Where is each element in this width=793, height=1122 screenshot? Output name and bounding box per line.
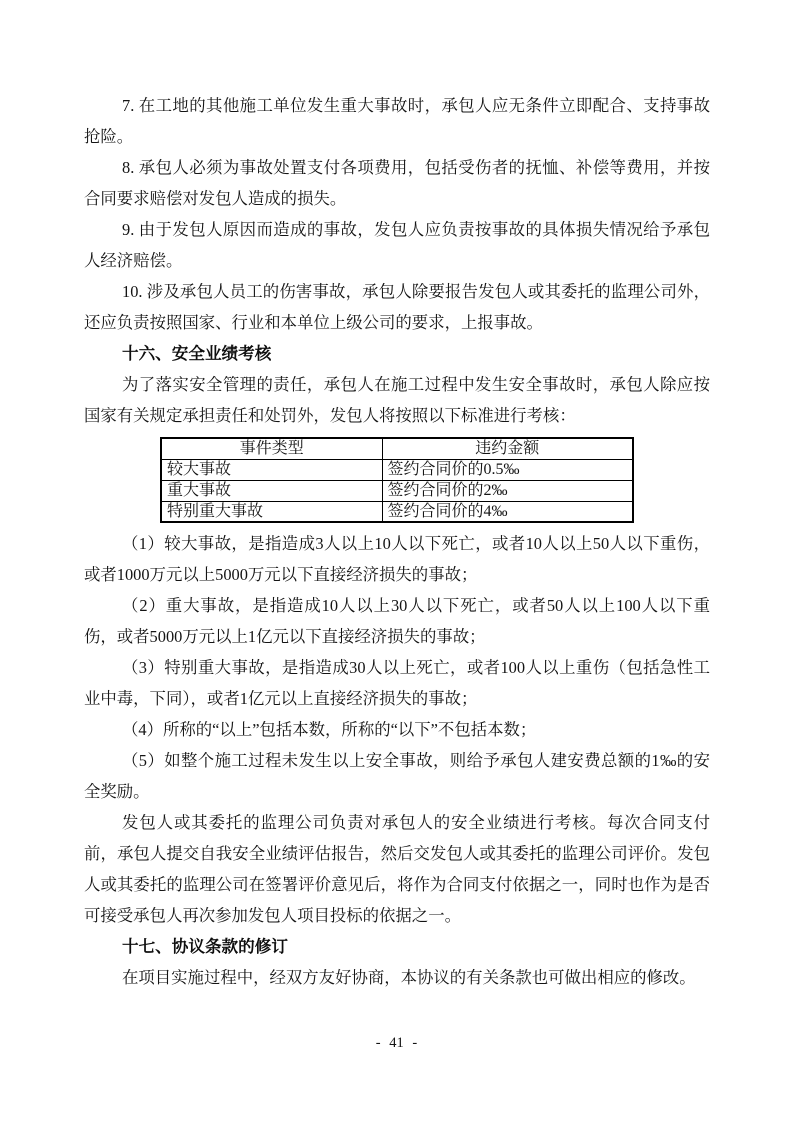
page-number: - 41 - <box>0 1033 793 1053</box>
assessment-paragraph: 发包人或其委托的监理公司负责对承包人的安全业绩进行考核。每次合同支付前，承包人提… <box>84 807 710 931</box>
table-header-penalty-amount: 违约金额 <box>382 438 633 459</box>
table-row: 特别重大事故 签约合同价的4‰ <box>161 501 633 522</box>
definition-item-4-paragraph: （4）所称的“以上”包括本数，所称的“以下”不包括本数； <box>84 714 710 745</box>
section-16-heading: 十六、安全业绩考核 <box>84 338 710 369</box>
table-cell-penalty-amount: 签约合同价的2‰ <box>382 480 633 501</box>
definition-item-5-paragraph: （5）如整个施工过程未发生以上安全事故，则给予承包人建安费总额的1‰的安全奖励。 <box>84 745 710 807</box>
table-row: 较大事故 签约合同价的0.5‰ <box>161 459 633 480</box>
table-cell-event-type: 重大事故 <box>161 480 382 501</box>
penalty-table: 事件类型 违约金额 较大事故 签约合同价的0.5‰ 重大事故 签约合同价的2‰ … <box>160 437 634 523</box>
document-page: 7. 在工地的其他施工单位发生重大事故时，承包人应无条件立即配合、支持事故抢险。… <box>0 0 793 1122</box>
clause-10-paragraph: 10. 涉及承包人员工的伤害事故，承包人除要报告发包人或其委托的监理公司外，还应… <box>84 276 710 338</box>
table-cell-event-type: 较大事故 <box>161 459 382 480</box>
table-cell-event-type: 特别重大事故 <box>161 501 382 522</box>
table-cell-penalty-amount: 签约合同价的0.5‰ <box>382 459 633 480</box>
table-row: 重大事故 签约合同价的2‰ <box>161 480 633 501</box>
clause-9-paragraph: 9. 由于发包人原因而造成的事故，发包人应负责按事故的具体损失情况给予承包人经济… <box>84 214 710 276</box>
section-17-heading: 十七、协议条款的修订 <box>84 931 710 962</box>
definition-item-1-paragraph: （1）较大事故，是指造成3人以上10人以下死亡，或者10人以上50人以下重伤，或… <box>84 528 710 590</box>
clause-7-paragraph: 7. 在工地的其他施工单位发生重大事故时，承包人应无条件立即配合、支持事故抢险。 <box>84 90 710 152</box>
table-header-event-type: 事件类型 <box>161 438 382 459</box>
section-16-intro-paragraph: 为了落实安全管理的责任，承包人在施工过程中发生安全事故时，承包人除应按国家有关规… <box>84 369 710 431</box>
table-cell-penalty-amount: 签约合同价的4‰ <box>382 501 633 522</box>
definition-item-2-paragraph: （2）重大事故，是指造成10人以上30人以下死亡，或者50人以上100人以下重伤… <box>84 590 710 652</box>
definition-item-3-paragraph: （3）特别重大事故，是指造成30人以上死亡，或者100人以上重伤（包括急性工业中… <box>84 652 710 714</box>
penalty-table-header-row: 事件类型 违约金额 <box>161 438 633 459</box>
section-17-body-paragraph: 在项目实施过程中，经双方友好协商，本协议的有关条款也可做出相应的修改。 <box>84 962 710 993</box>
clause-8-paragraph: 8. 承包人必须为事故处置支付各项费用，包括受伤者的抚恤、补偿等费用，并按合同要… <box>84 152 710 214</box>
